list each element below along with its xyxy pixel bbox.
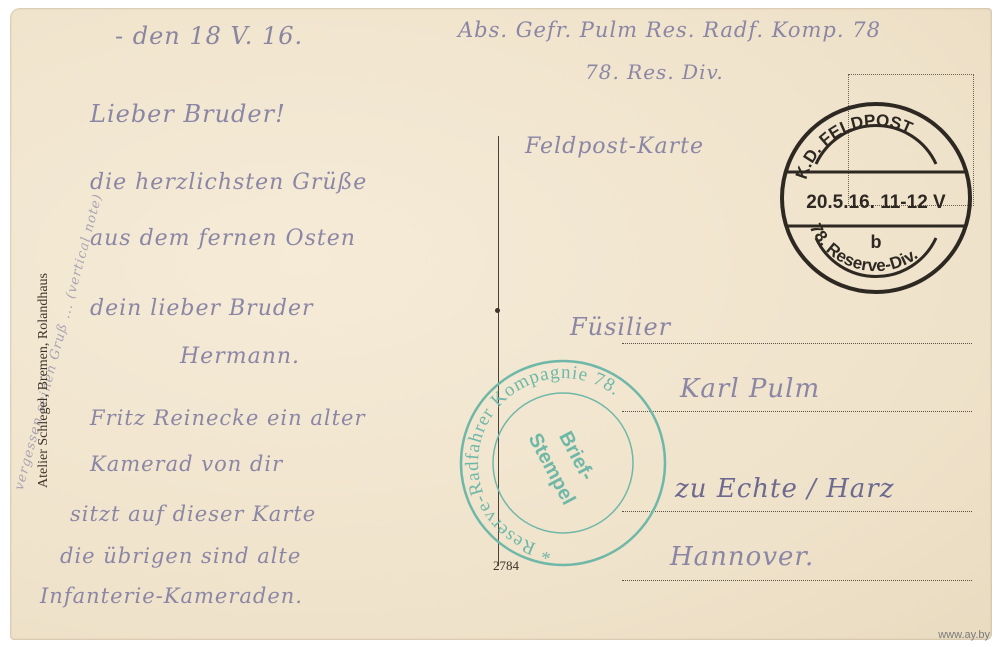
handwritten-date: - den 18 V. 16. [115, 22, 303, 50]
handwritten-greeting: Lieber Bruder! [90, 100, 286, 128]
handwritten-line: Infanterie-Kameraden. [40, 584, 303, 608]
postmark-date: 20.5.16. 11-12 V [806, 192, 946, 213]
handwritten-line: Fritz Reinecke ein alter [90, 406, 366, 430]
postmark-bottom-text: 78. Reserve-Div. [806, 220, 921, 275]
recipient-line: Hannover. [670, 542, 814, 572]
postcard: - den 18 V. 16. Lieber Bruder! die herzl… [10, 8, 992, 640]
handwritten-line: aus dem fernen Osten [90, 226, 356, 251]
publisher-imprint: Atelier Schlegel, Bremen, Rolandhaus [36, 273, 52, 488]
address-line [622, 411, 972, 412]
unit-stamp: * Reserve-Radfahrer Kompagnie 78. Brief-… [458, 358, 668, 568]
address-line [622, 580, 972, 581]
recipient-line: zu Echte / Harz [675, 474, 894, 504]
address-line [622, 343, 972, 344]
handwritten-line: sitzt auf dieser Karte [70, 502, 316, 526]
recipient-line: Füsilier [570, 313, 671, 341]
recipient-line: Karl Pulm [680, 374, 820, 404]
handwritten-line: dein lieber Bruder [90, 296, 313, 321]
handwritten-margin-note: vergessen seinen Gruß ... (vertical note… [12, 192, 106, 492]
divider-dot [495, 308, 500, 313]
sender-line: Abs. Gefr. Pulm Res. Radf. Komp. 78 [458, 18, 881, 42]
sender-line: 78. Res. Div. [585, 60, 724, 84]
handwritten-line: Hermann. [180, 344, 300, 369]
watermark: www.ay.by [938, 629, 990, 641]
feldpost-note: Feldpost-Karte [525, 134, 704, 159]
svg-text:78. Reserve-Div.: 78. Reserve-Div. [806, 220, 921, 275]
handwritten-line: Kamerad von dir [90, 452, 283, 476]
postmark: K.D. FELDPOST 20.5.16. 11-12 V b 78. Res… [776, 98, 976, 298]
postmark-letter: b [871, 232, 882, 252]
handwritten-line: die übrigen sind alte [60, 544, 301, 568]
address-line [622, 511, 972, 512]
handwritten-line: die herzlichsten Grüße [90, 170, 367, 195]
